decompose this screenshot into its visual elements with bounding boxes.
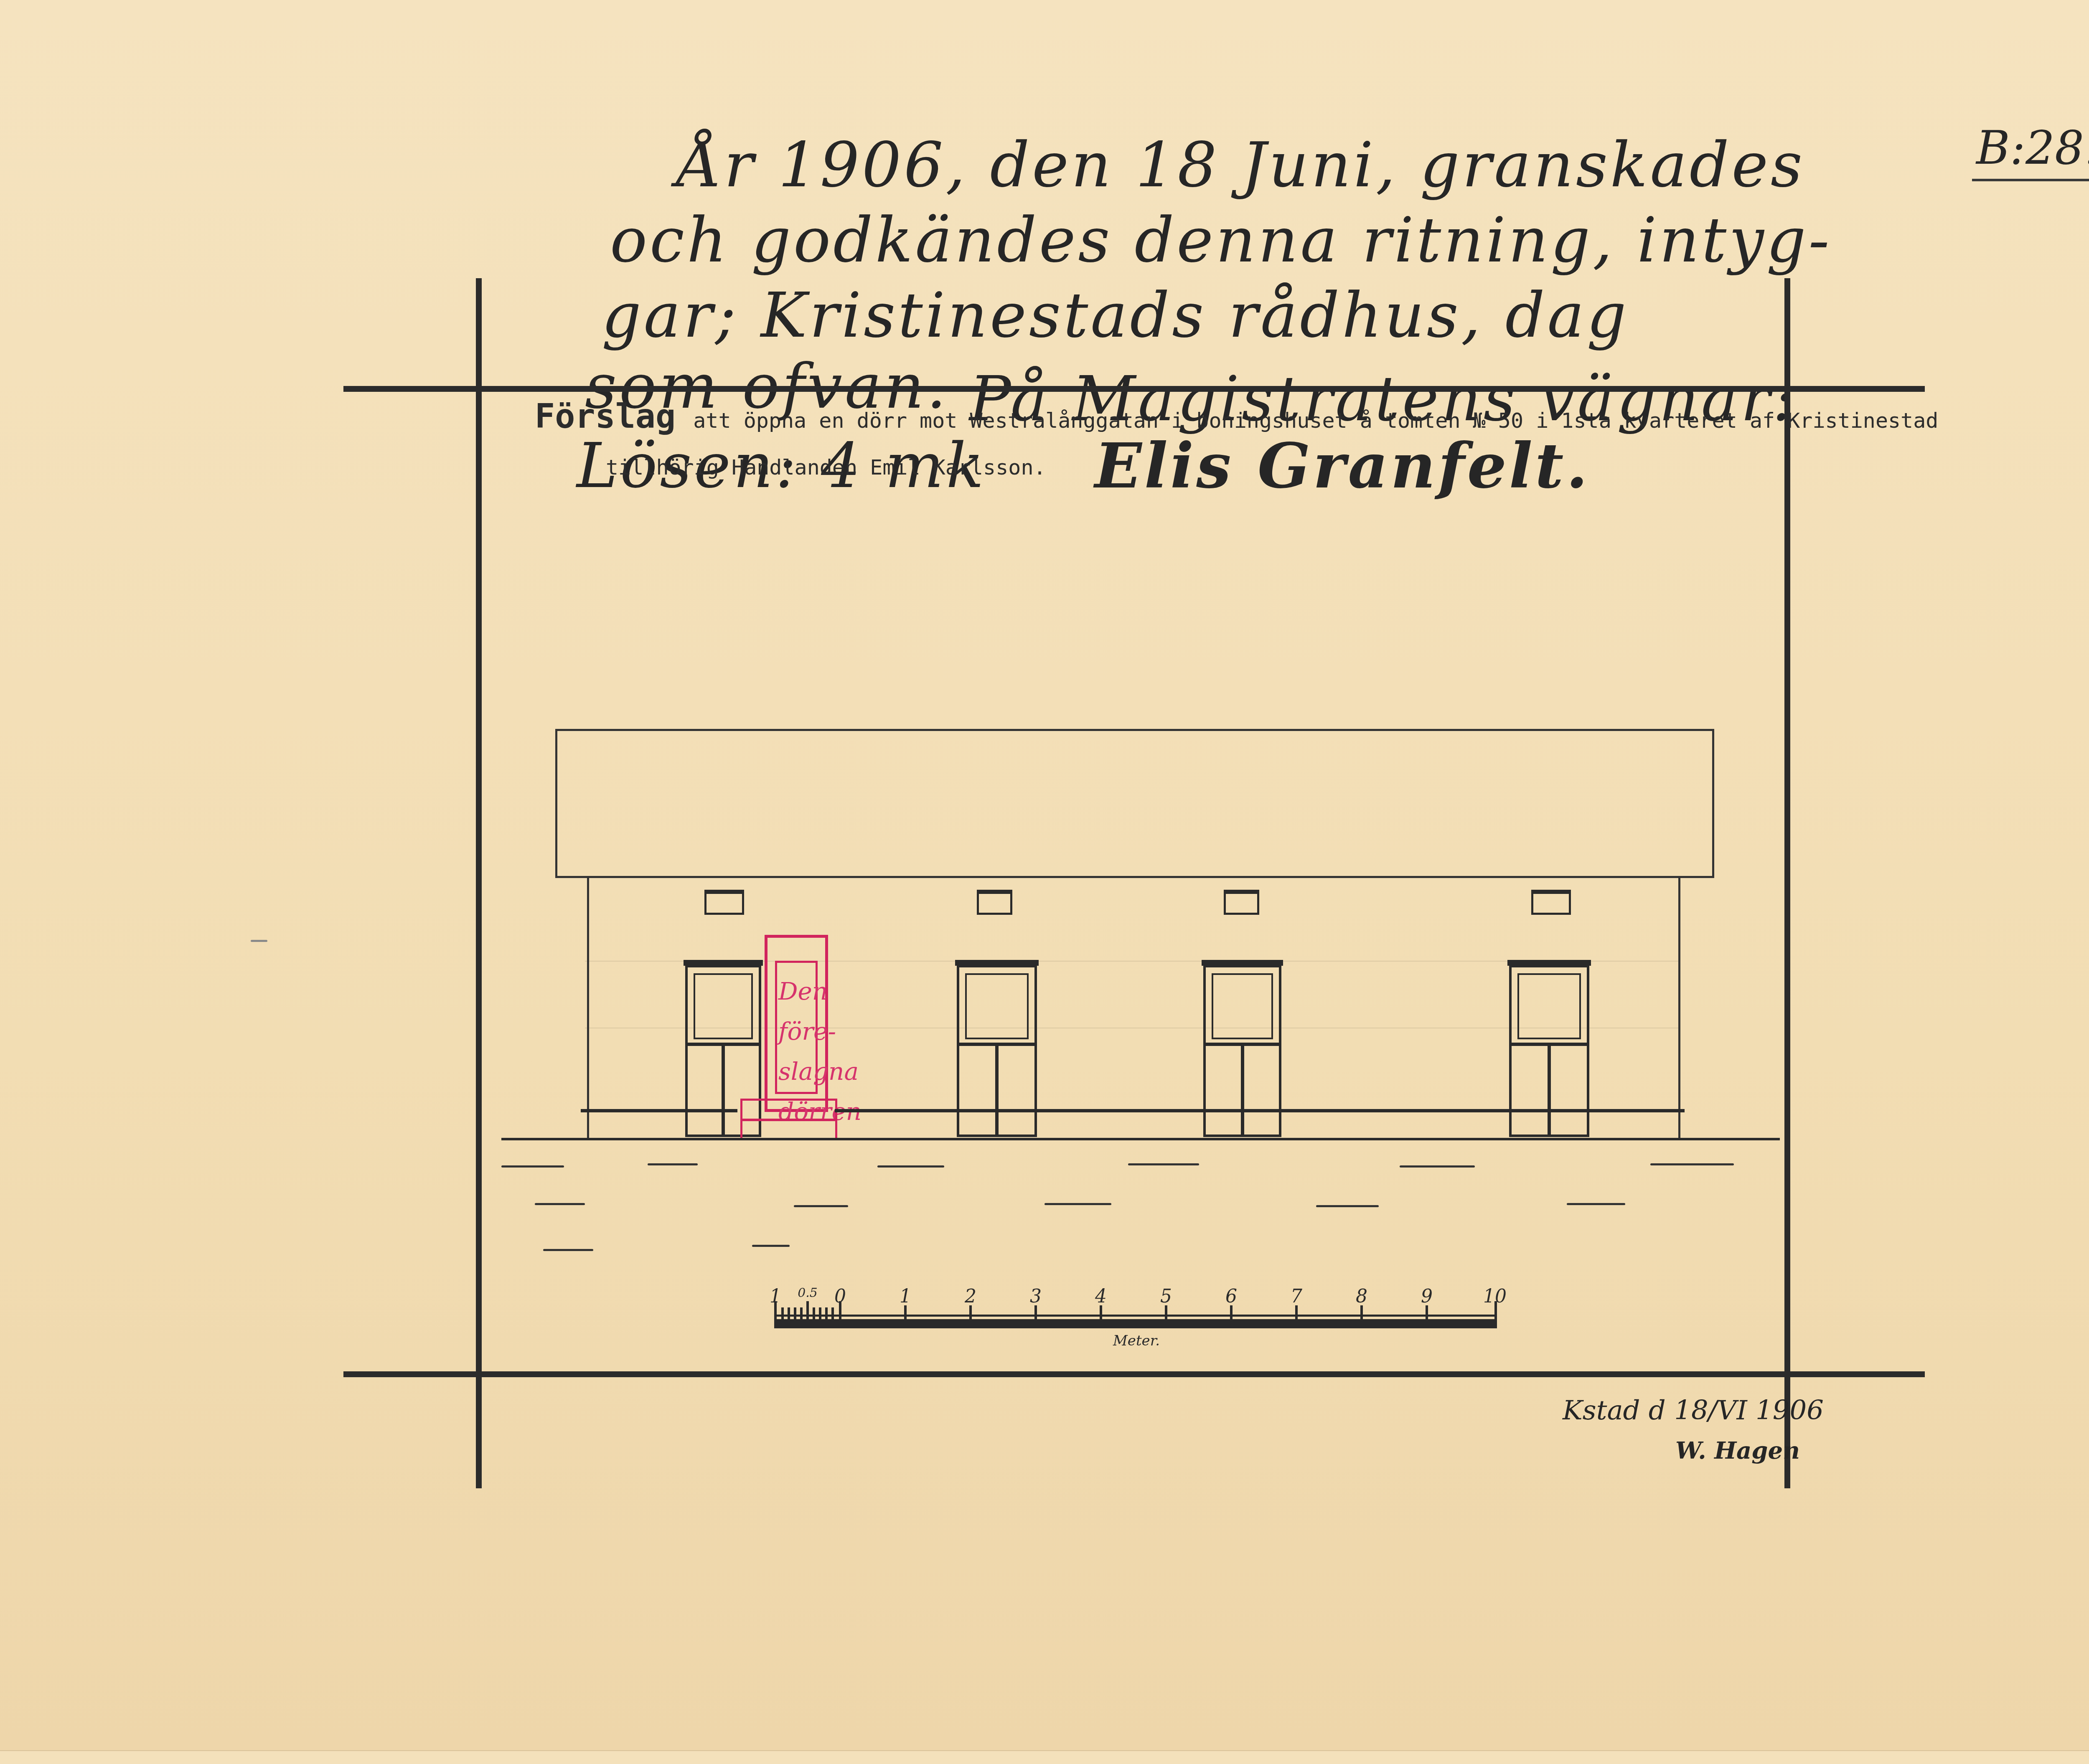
scale-unit-label: Meter. [1113,1333,1160,1349]
drawing-place-date: Kstad d 18/VI 1906 [1563,1395,1824,1426]
approval-signature: Elis Granfelt. [1095,426,1590,505]
ground-hatch [1044,1203,1111,1205]
ground-hatch [1567,1203,1625,1205]
scale-label: 9 [1421,1286,1433,1307]
frame-left-line [476,278,482,1488]
attic-vent [977,890,1012,915]
approval-line-1: År 1906, den 18 Juni, granskades [677,125,1805,205]
attic-vent [1531,890,1571,915]
ground-hatch [648,1163,698,1165]
archive-number: B:28. [1972,121,2089,181]
ground-hatch [794,1205,848,1207]
title-line-1: Förslag att öppna en dörr mot Westralång… [535,397,1938,436]
attic-vent [704,890,744,915]
scale-label: 6 [1225,1286,1237,1307]
scale-label: 8 [1356,1286,1367,1307]
frame-top-line [343,386,1925,392]
ground-hatch [1650,1163,1734,1165]
scale-label: 0 [834,1286,846,1307]
plinth-line-left [581,1109,737,1112]
scale-label: 0.5 [798,1286,818,1300]
margin-mark [251,940,267,942]
proposed-door: Den före- slagna dörren [765,935,828,1112]
ground-hatch [501,1165,564,1168]
ground-hatch [535,1203,585,1205]
scale-label: 4 [1095,1286,1107,1307]
scale-label: 7 [1291,1286,1302,1307]
scale-label: 10 [1483,1286,1507,1307]
scale-bar [774,1319,1497,1328]
scale-bar-top [774,1315,1497,1317]
title-text: att öppna en dörr mot Westralånggatan i … [693,409,1938,433]
approval-line-2: och godkändes denna ritning, intyg- [610,201,1832,280]
plinth-line-right [835,1109,1685,1112]
scanned-sheet: B:28. År 1906, den 18 Juni, granskades o… [0,0,2089,1764]
scale-label: 2 [965,1286,976,1307]
roof [555,729,1714,878]
ground-hatch [543,1249,593,1251]
ground-hatch [1400,1165,1475,1168]
ground-hatch [877,1165,944,1168]
frame-right-line [1784,278,1790,1488]
approval-line-3: gar; Kristinestads rådhus, dag [602,276,1629,355]
ground-hatch [752,1245,790,1247]
ground-hatch [1128,1163,1199,1165]
door-steps [740,1099,837,1140]
title-line-2: tillhörig Handlanden Emil Karlsson. [606,455,1046,480]
scale-label: 1 [900,1286,911,1307]
ground-line [501,1138,1780,1140]
title-prefix: Förslag [535,397,676,436]
ground-hatch [1316,1205,1379,1207]
frame-bottom-line [343,1371,1925,1377]
scale-label: 1 [770,1286,781,1307]
scale-label: 3 [1030,1286,1042,1307]
scale-label: 5 [1160,1286,1172,1307]
drafter-signature: W. Hagen [1675,1437,1800,1465]
attic-vent [1224,890,1259,915]
